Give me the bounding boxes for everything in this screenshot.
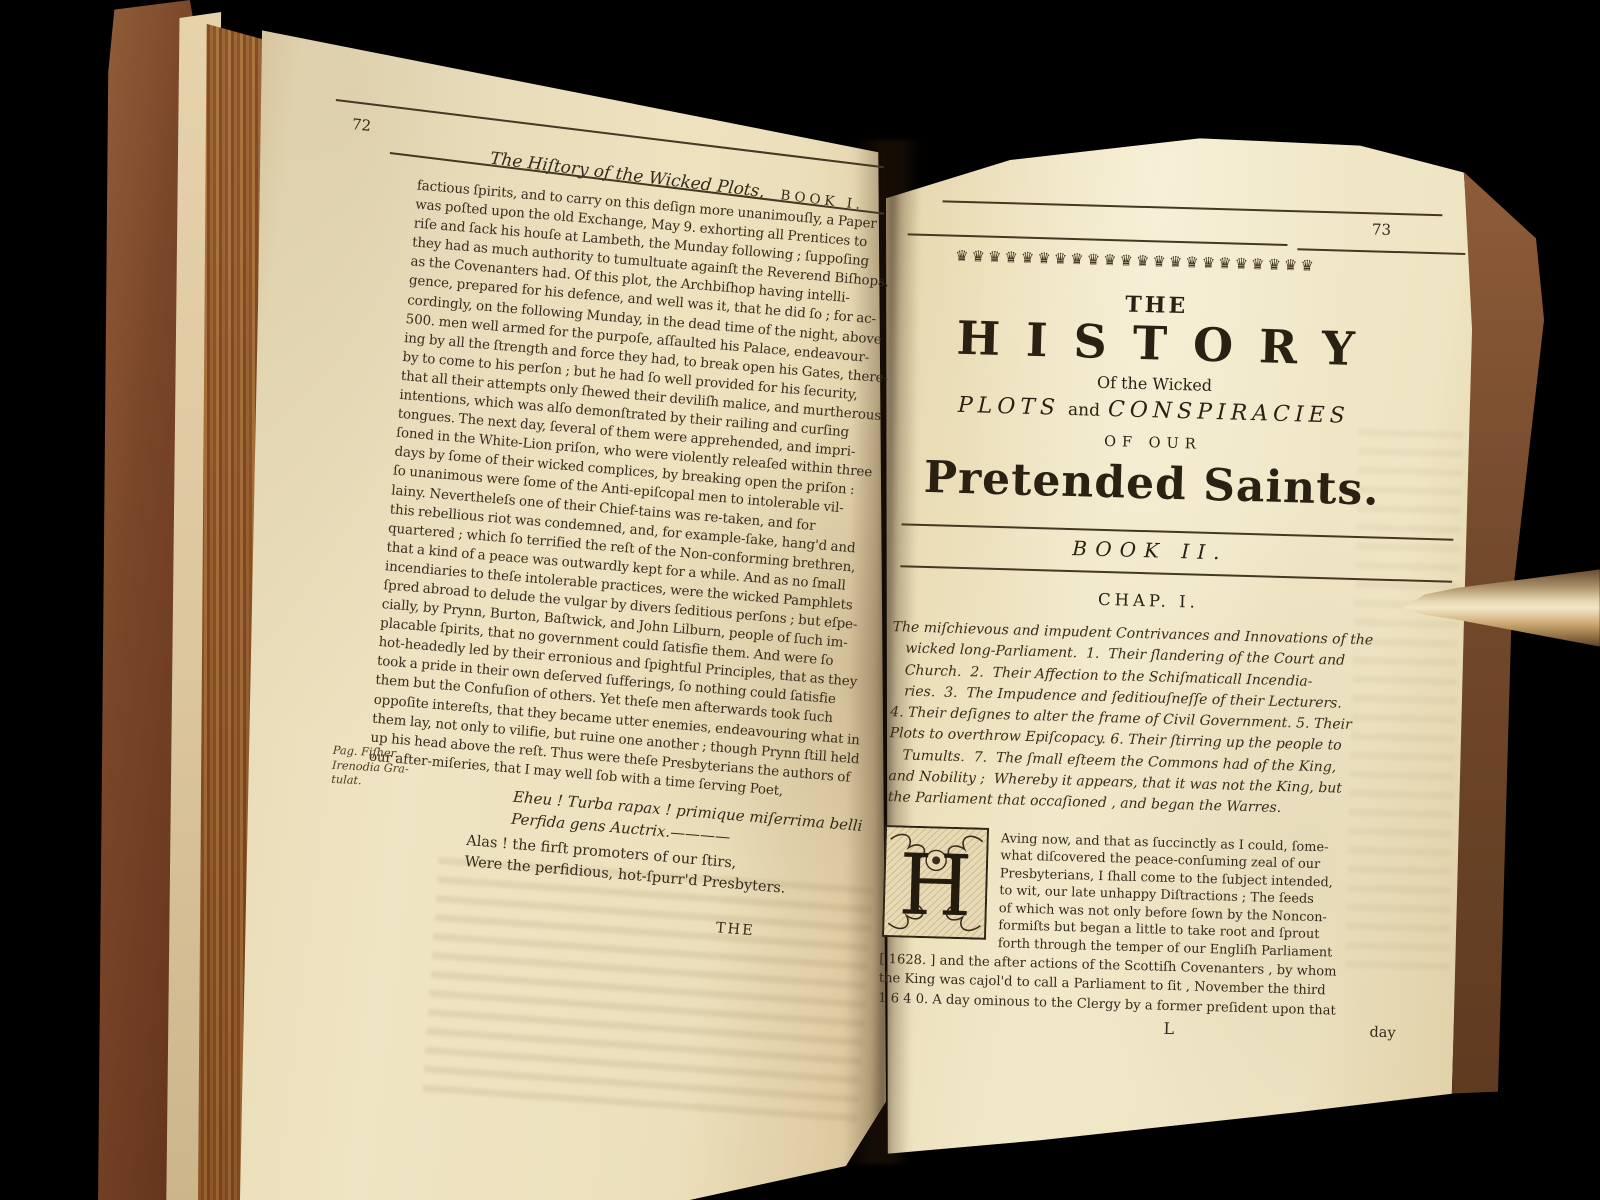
chapter-summary: The miſchievous and impudent Contrivance…	[888, 617, 1374, 822]
page-number-73: 73	[1372, 220, 1392, 239]
right-header-rule-top	[943, 200, 1443, 216]
title-and-word: and	[1068, 400, 1101, 421]
title-pretended-saints: Pretended Saints.	[886, 451, 1417, 517]
catchword-left: THE	[715, 920, 755, 939]
chapter-heading: CHAP. I.	[883, 584, 1413, 618]
catchword-right: day	[1369, 1025, 1396, 1042]
right-page-text-block: 73 ♛♛♛♛♛♛♛♛♛♛♛♛♛♛♛♛♛♛♛♛♛♛ THE HISTORY Of…	[870, 185, 1480, 1101]
opening-paragraph-indented: Aving now, and that as ſuccinctly as I c…	[998, 830, 1336, 961]
left-body-text: factious ſpirits, and to carry on this d…	[290, 170, 898, 807]
right-header-rule-bottom-right	[1297, 248, 1465, 255]
signature-mark: L	[1163, 1019, 1174, 1038]
margin-note: Pag. Fiſher.Irenodia Gra-tulat.	[331, 744, 419, 792]
left-page-text-block: factious ſpirits, and to carry on this d…	[274, 170, 898, 1004]
title-plots-word: PLOTS	[958, 393, 1061, 421]
right-header-rule-bottom-left	[908, 233, 1288, 246]
page-number-72: 72	[351, 115, 372, 135]
drop-cap-letter: H	[897, 835, 973, 935]
title-conspiracies-word: CONSPIRACIES	[1108, 397, 1350, 429]
decorated-initial-icon: H	[882, 825, 989, 944]
opening-paragraph-full: [ 1628. ] and the after actions of the S…	[878, 950, 1337, 1021]
